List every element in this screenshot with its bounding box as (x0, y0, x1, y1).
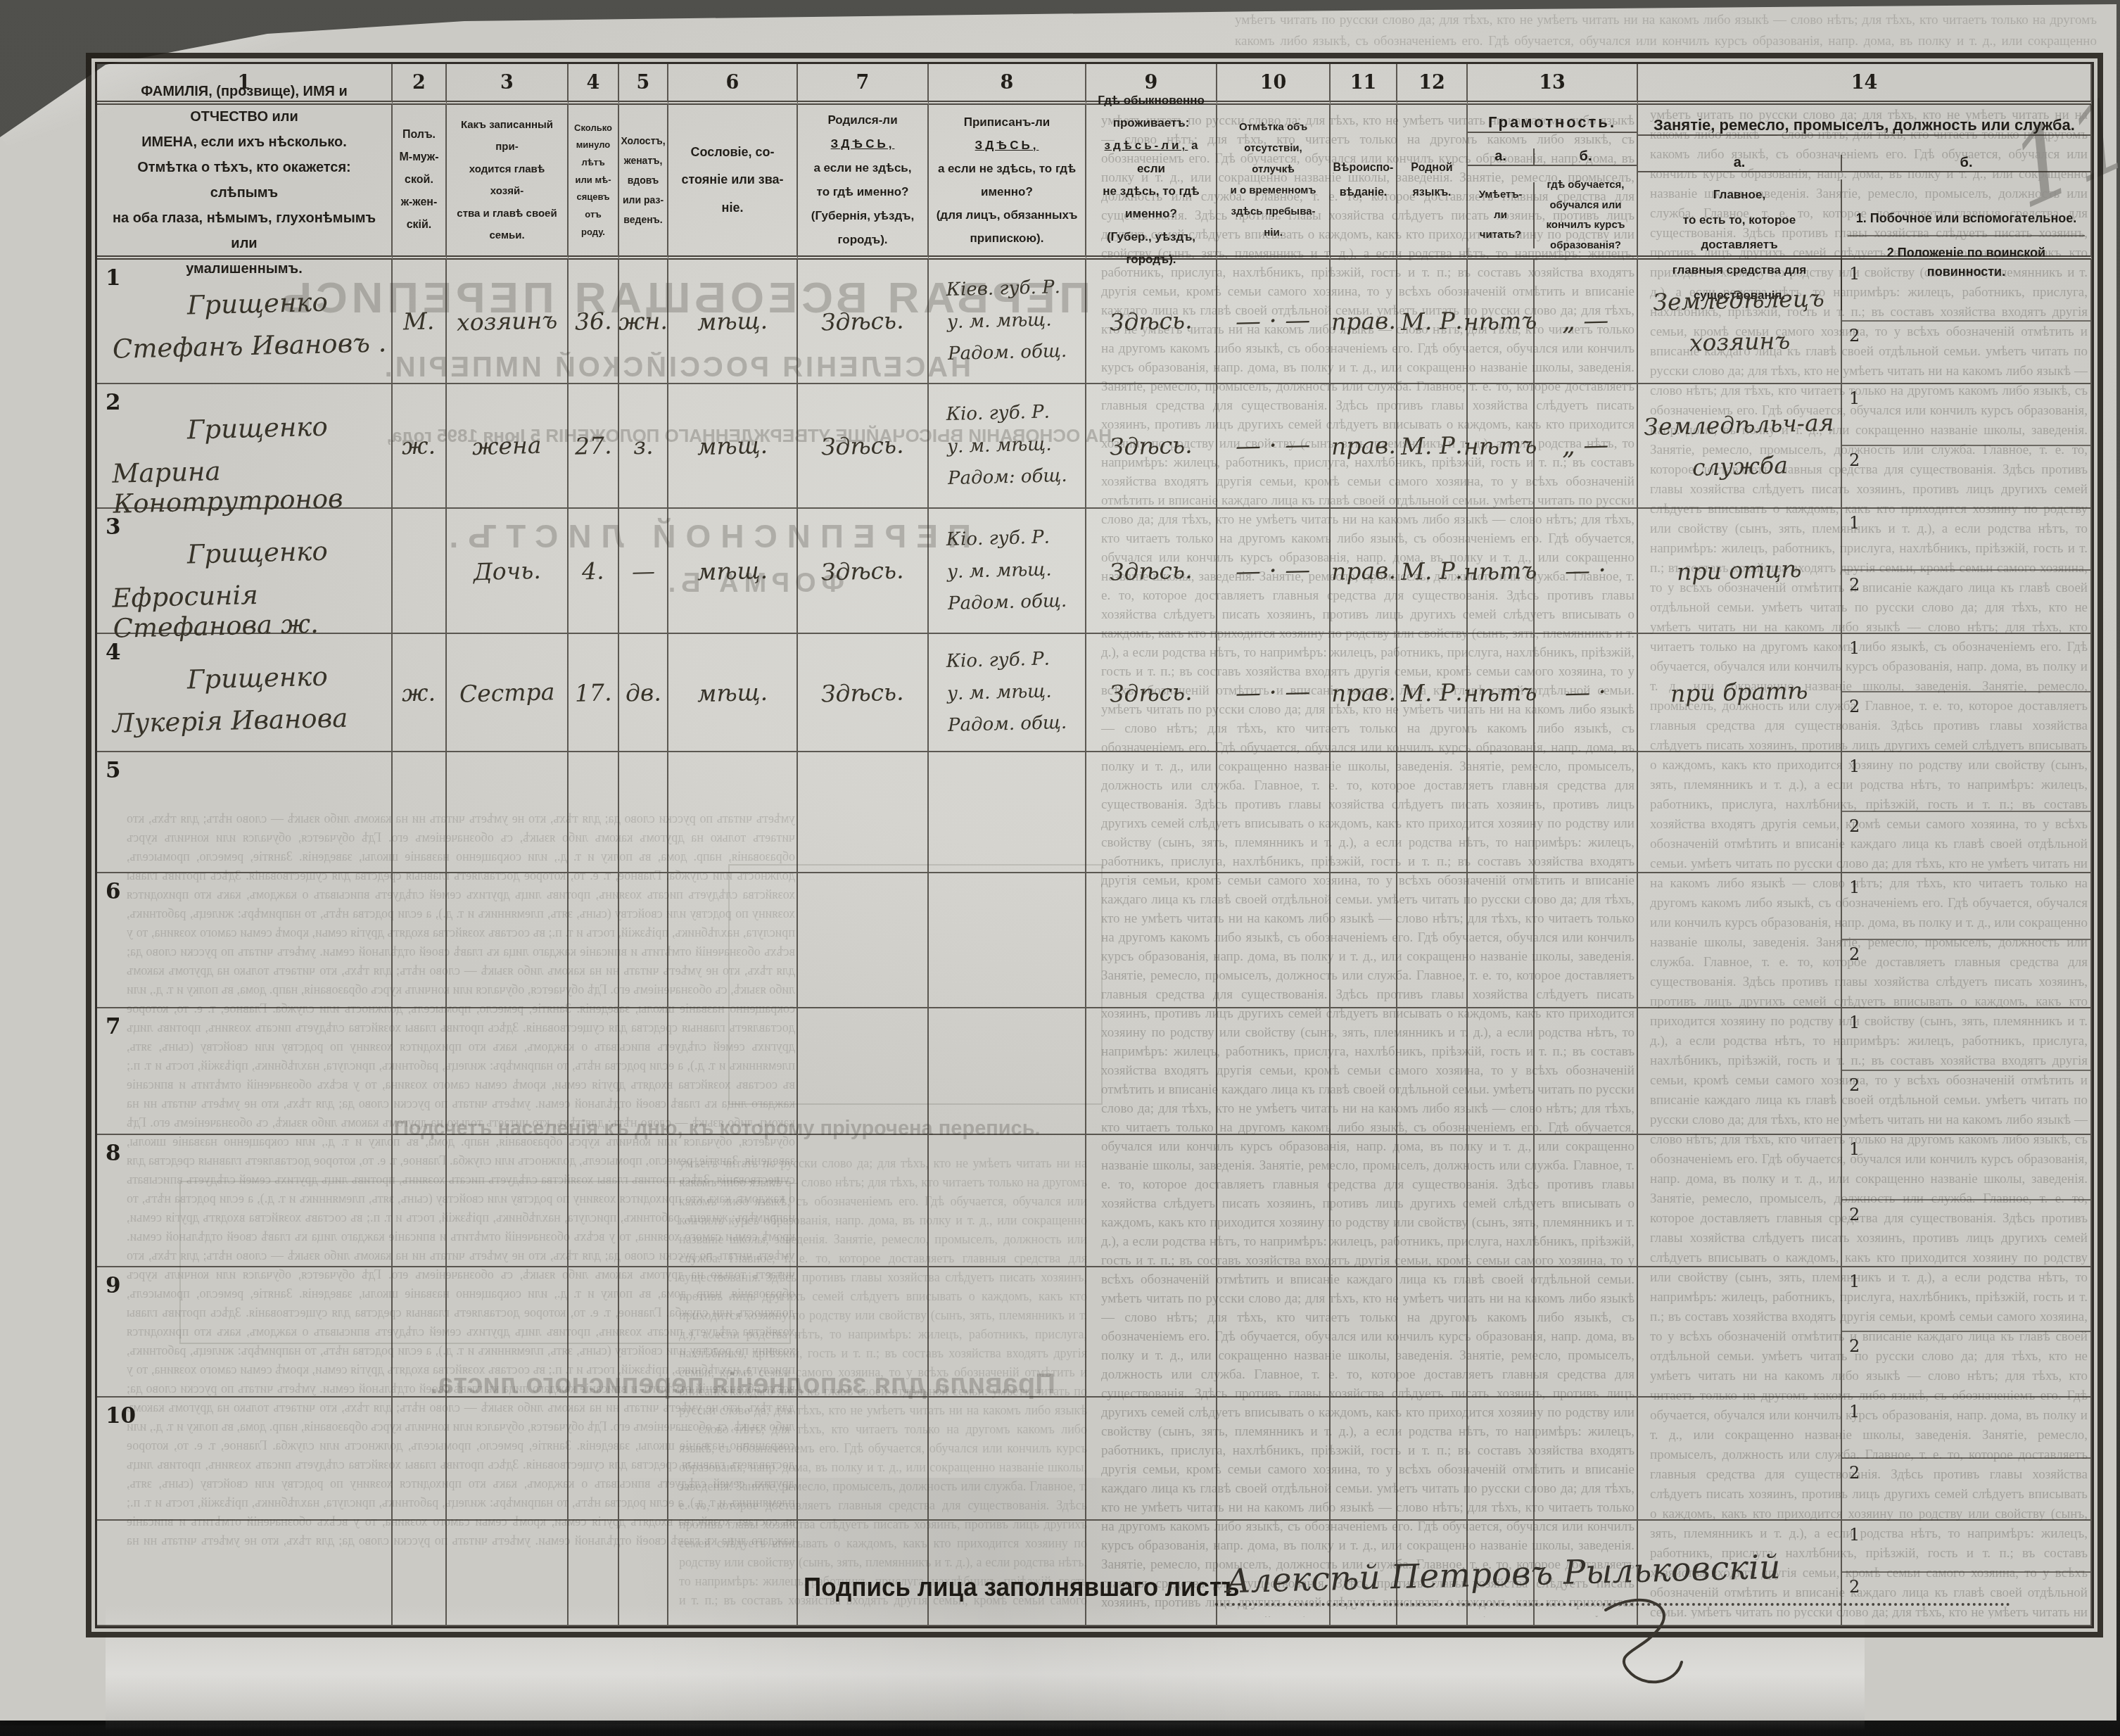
marital-cell: дв. (619, 634, 668, 752)
occupation-side-cell: 12 (1842, 1521, 2092, 1626)
literacy-education-cell (1535, 873, 1638, 1008)
literacy-education-cell: — · (1535, 634, 1638, 752)
estate-cell (668, 1135, 798, 1267)
religion-cell (1331, 1267, 1397, 1398)
absence-cell (1217, 1398, 1331, 1521)
age-cell (569, 873, 619, 1008)
subcell-number: 2 (1849, 1336, 1860, 1356)
estate-cell: мѣщ. (668, 384, 798, 509)
header-relation: Какъ записанный при- ходится главѣ хозяй… (447, 105, 569, 260)
literacy-read-cell: нѣтъ (1468, 260, 1535, 384)
subcell-number: 2 (1849, 816, 1860, 836)
registration-cell (929, 1398, 1086, 1521)
occupation-side-subcell: 2 (1842, 1332, 2090, 1397)
header-absence: Отмѣтка объ отсутствіи, отлучкѣ и о врем… (1217, 105, 1331, 260)
literacy-education-cell (1535, 1267, 1638, 1398)
column-number: 4 (569, 64, 619, 105)
language-cell: М. Р. (1397, 509, 1468, 634)
language-cell (1397, 1267, 1468, 1398)
estate-cell: мѣщ. (668, 260, 798, 384)
residence-cell: Здѣсь. (1086, 509, 1217, 634)
marital-cell (619, 752, 668, 873)
column-number: 6 (668, 64, 798, 105)
subcell-number: 1 (1849, 1402, 1860, 1421)
occupation-side-subcell: 1 (1842, 873, 2090, 940)
occupation-side-cell: 12 (1842, 873, 2092, 1008)
scanned-census-sheet: ПЕРВАЯ ВСЕОБЩАЯ ПЕРЕПИСЬ НАСЕЛЕНІЯ РОССІ… (0, 0, 2120, 1736)
registration-cell (929, 873, 1086, 1008)
row-name-cell: 10 (97, 1398, 393, 1521)
marital-cell (619, 1267, 668, 1398)
absence-cell (1217, 1008, 1331, 1135)
language-cell (1397, 1008, 1468, 1135)
age-cell (569, 1267, 619, 1398)
occupation-side-cell: 12 (1842, 1008, 2092, 1135)
occupation-side-cell: 12 (1842, 1267, 2092, 1398)
estate-cell (668, 1521, 798, 1626)
subcell-number: 2 (1849, 450, 1860, 470)
sex-cell (393, 1398, 447, 1521)
occupation-side-cell: 12 (1842, 384, 2092, 509)
occupation-side-subcell: 2 (1842, 1459, 2090, 1520)
literacy-read-cell: нѣтъ (1468, 384, 1535, 509)
subcell-number: 2 (1849, 1577, 1860, 1597)
literacy-read-cell (1468, 873, 1535, 1008)
row-number: 9 (106, 1273, 121, 1298)
residence-cell (1086, 752, 1217, 873)
header-occupation-b-label: б. (1842, 155, 2090, 172)
birthplace-cell (798, 752, 929, 873)
literacy-read-cell: нѣтъ (1468, 634, 1535, 752)
occupation-side-subcell: 2 (1842, 940, 2090, 1007)
row-number: 7 (106, 1014, 121, 1039)
signature-label: Подпись лица заполнявшаго листъ (804, 1563, 1240, 1603)
absence-cell: — · — (1217, 509, 1331, 634)
literacy-education-cell: — · (1535, 509, 1638, 634)
occupation-main-cell (1638, 1398, 1842, 1521)
language-cell: М. Р. (1397, 634, 1468, 752)
age-cell (569, 1135, 619, 1267)
relation-cell (447, 1267, 569, 1398)
subcell-number: 1 (1849, 756, 1860, 776)
relation-cell (447, 1521, 569, 1626)
residence-cell (1086, 1398, 1217, 1521)
occupation-side-subcell: 2 (1842, 322, 2090, 384)
column-number: 14 (1638, 64, 2092, 105)
marital-cell (619, 1008, 668, 1135)
literacy-read-cell (1468, 1398, 1535, 1521)
language-cell (1397, 873, 1468, 1008)
religion-cell (1331, 873, 1397, 1008)
literacy-education-cell (1535, 752, 1638, 873)
literacy-read-cell (1468, 1008, 1535, 1135)
header-occupation-secondary: 1. Побочное или вспомогательное. (1852, 202, 2081, 235)
estate-cell: мѣщ. (668, 634, 798, 752)
header-literacy-a-label: а. (1468, 148, 1535, 166)
marital-cell: — (619, 509, 668, 634)
registration-cell (929, 1135, 1086, 1267)
header-sex: Полъ. М-муж- ской. ж-жен- скій. (393, 105, 447, 260)
sex-cell (393, 1521, 447, 1626)
absence-cell: — · — (1217, 634, 1331, 752)
relation-cell: Сестра (447, 634, 569, 752)
absence-cell: — · — (1217, 384, 1331, 509)
header-occupation-a-label: а. (1638, 155, 1842, 172)
header-occupation: Занятіе, ремесло, промыселъ, должность и… (1638, 105, 2092, 260)
relation-cell: хозяинъ (447, 260, 569, 384)
relation-cell (447, 752, 569, 873)
subcell-number: 1 (1849, 877, 1860, 897)
religion-cell (1331, 1008, 1397, 1135)
subcell-number: 2 (1849, 326, 1860, 346)
subcell-number: 1 (1849, 1272, 1860, 1291)
birthplace-cell (798, 1267, 929, 1398)
relation-cell (447, 1135, 569, 1267)
row-name-cell: 5 (97, 752, 393, 873)
sex-cell (393, 509, 447, 634)
subcell-number: 2 (1849, 575, 1860, 595)
subcell-number: 1 (1849, 1525, 1860, 1545)
literacy-read-cell (1468, 1135, 1535, 1267)
row-number: 1 (106, 265, 121, 291)
sex-cell: М. (393, 260, 447, 384)
sex-cell (393, 1135, 447, 1267)
row-name-cell: 3ГрищенкоЕфросинія Стефанова ж. (97, 509, 393, 634)
subcell-number: 1 (1849, 264, 1860, 284)
occupation-main-cell: Земледѣлецъ хозяинъ (1638, 260, 1842, 384)
language-cell (1397, 752, 1468, 873)
estate-cell: мѣщ. (668, 509, 798, 634)
estate-cell (668, 873, 798, 1008)
sex-cell: ж. (393, 634, 447, 752)
marital-cell (619, 1398, 668, 1521)
age-cell (569, 752, 619, 873)
estate-cell (668, 1267, 798, 1398)
religion-cell (1331, 1398, 1397, 1521)
age-cell: 36. (569, 260, 619, 384)
language-cell (1397, 1135, 1468, 1267)
relation-cell: жена (447, 384, 569, 509)
occupation-side-cell: 12 (1842, 1135, 2092, 1267)
occupation-main-cell (1638, 873, 1842, 1008)
header-marital: Холостъ, женатъ, вдовъ или раз- веденъ. (619, 105, 668, 260)
header-occupation-title: Занятіе, ремесло, промыселъ, должность и… (1638, 116, 2090, 136)
column-number: 3 (447, 64, 569, 105)
birthplace-cell: Здѣсь. (798, 260, 929, 384)
residence-cell: Здѣсь. (1086, 384, 1217, 509)
row-name-cell: 8 (97, 1135, 393, 1267)
religion-cell: прав. (1331, 509, 1397, 634)
registration-cell (929, 1008, 1086, 1135)
birthplace-cell: Здѣсь. (798, 384, 929, 509)
language-cell: М. Р. (1397, 384, 1468, 509)
occupation-side-cell: 12 (1842, 752, 2092, 873)
occupation-main-cell (1638, 1135, 1842, 1267)
language-cell (1397, 1398, 1468, 1521)
birthplace-cell (798, 1135, 929, 1267)
sex-cell (393, 1267, 447, 1398)
header-literacy-b-label: б. (1535, 148, 1637, 166)
column-number: 13 (1468, 64, 1638, 105)
literacy-education-cell (1535, 1135, 1638, 1267)
marital-cell (619, 873, 668, 1008)
birthplace-cell (798, 1008, 929, 1135)
column-number: 11 (1331, 64, 1397, 105)
occupation-side-subcell: 1 (1842, 1135, 2090, 1200)
row-name-cell: 9 (97, 1267, 393, 1398)
occupation-side-subcell: 1 (1842, 752, 2090, 812)
registration-cell: Кіо. губ. Р. у. м. мѣщ. Радом: общ. (929, 384, 1086, 509)
literacy-education-cell (1535, 1008, 1638, 1135)
religion-cell: прав. (1331, 260, 1397, 384)
header-age: Сколько минуло лѣтъ или мѣ- сяцевъ отъ р… (569, 105, 619, 260)
occupation-main-cell: при отцѣ (1638, 509, 1842, 634)
occupation-side-cell: 12 (1842, 634, 2092, 752)
header-residence: Гдѣ обыкновенно проживаетъ: здѣсь-ли, а … (1086, 105, 1217, 260)
header-language: Родной языкъ. (1397, 105, 1468, 260)
age-cell (569, 1521, 619, 1626)
marital-cell: з. (619, 384, 668, 509)
registration-cell: Кіо. губ. Р. у. м. мѣщ. Радом. общ. (929, 634, 1086, 752)
column-number: 10 (1217, 64, 1331, 105)
birthplace-cell (798, 1398, 929, 1521)
literacy-read-cell: нѣтъ (1468, 509, 1535, 634)
occupation-side-subcell: 1 (1842, 384, 2090, 446)
age-cell: 27. (569, 384, 619, 509)
relation-cell (447, 1008, 569, 1135)
marital-cell (619, 1521, 668, 1626)
subcell-number: 1 (1849, 638, 1860, 658)
row-name-cell (97, 1521, 393, 1626)
row-name-cell: 2ГрищенкоМарина Конотрутронов (97, 384, 393, 509)
subcell-number: 1 (1849, 1013, 1860, 1032)
absence-cell (1217, 873, 1331, 1008)
estate-cell (668, 1398, 798, 1521)
absence-cell (1217, 752, 1331, 873)
registration-cell (929, 1267, 1086, 1398)
header-literacy: Грамотность. а. б. Умѣетъ- ли читать? гд… (1468, 105, 1638, 260)
subcell-number: 2 (1849, 1075, 1860, 1095)
header-registration: Приписанъ-ли ЗДѢСЬ,а если не здѣсь, то г… (929, 105, 1086, 260)
age-cell: 4. (569, 509, 619, 634)
column-number: 2 (393, 64, 447, 105)
occupation-main-cell (1638, 1008, 1842, 1135)
literacy-read-cell (1468, 752, 1535, 873)
language-cell: М. Р. (1397, 260, 1468, 384)
row-name-cell: 1ГрищенкоСтефанъ Ивановъ . (97, 260, 393, 384)
row-number: 4 (106, 640, 121, 665)
occupation-side-subcell: 2 (1842, 446, 2090, 508)
occupation-side-subcell: 1 (1842, 634, 2090, 692)
religion-cell: прав. (1331, 384, 1397, 509)
residence-cell (1086, 1135, 1217, 1267)
occupation-side-cell: 12 (1842, 509, 2092, 634)
column-number: 8 (929, 64, 1086, 105)
column-number: 5 (619, 64, 668, 105)
occupation-side-subcell: 1 (1842, 509, 2090, 571)
occupation-side-subcell: 2 (1842, 1071, 2090, 1134)
relation-cell (447, 873, 569, 1008)
residence-cell: Здѣсь. (1086, 260, 1217, 384)
age-cell (569, 1008, 619, 1135)
row-number: 8 (106, 1141, 121, 1166)
occupation-side-cell: 12 (1842, 260, 2092, 384)
signature-block: Подпись лица заполнявшаго листъ Алексѣй … (804, 1564, 1240, 1602)
header-literacy-education: гдѣ обучается, обучался или кончилъ курс… (1535, 172, 1637, 258)
literacy-education-cell: „ — (1535, 260, 1638, 384)
absence-cell: — · — (1217, 260, 1331, 384)
subcell-number: 2 (1849, 1205, 1860, 1224)
absence-cell (1217, 1267, 1331, 1398)
row-number: 10 (106, 1403, 136, 1428)
subcell-number: 2 (1849, 697, 1860, 716)
column-number: 7 (798, 64, 929, 105)
residence-cell (1086, 1008, 1217, 1135)
relation-cell (447, 1398, 569, 1521)
occupation-side-subcell: 1 (1842, 1008, 2090, 1071)
literacy-read-cell (1468, 1267, 1535, 1398)
header-religion: Вѣроиспо- вѣданіе. (1331, 105, 1397, 260)
occupation-main-cell: при братѣ (1638, 634, 1842, 752)
sex-cell (393, 1008, 447, 1135)
registration-cell (929, 752, 1086, 873)
header-birthplace: Родился-ли ЗДѢСЬ,а если не здѣсь, то гдѣ… (798, 105, 929, 260)
row-name-cell: 7 (97, 1008, 393, 1135)
occupation-side-subcell: 1 (1842, 260, 2090, 322)
occupation-side-subcell: 1 (1842, 1267, 2090, 1332)
absence-cell (1217, 1135, 1331, 1267)
row-name-cell: 6 (97, 873, 393, 1008)
subcell-number: 2 (1849, 944, 1860, 964)
literacy-education-cell: „ — (1535, 384, 1638, 509)
occupation-side-subcell: 2 (1842, 1200, 2090, 1266)
occupation-side-subcell: 2 (1842, 571, 2090, 633)
header-literacy-title: Грамотность. (1468, 113, 1637, 133)
religion-cell (1331, 1135, 1397, 1267)
occupation-side-subcell: 2 (1842, 1573, 2090, 1625)
occupation-side-subcell: 1 (1842, 1398, 2090, 1459)
header-estate: Сословіе, со- стояніе или зва- ніе. (668, 105, 798, 260)
occupation-side-cell: 12 (1842, 1398, 2092, 1521)
birthplace-cell (798, 873, 929, 1008)
estate-cell (668, 752, 798, 873)
sex-cell: ж. (393, 384, 447, 509)
subcell-number: 1 (1849, 1139, 1860, 1159)
age-cell: 17. (569, 634, 619, 752)
birthplace-cell: Здѣсь. (798, 634, 929, 752)
residence-cell: Здѣсь. (1086, 634, 1217, 752)
occupation-side-subcell: 1 (1842, 1521, 2090, 1573)
relation-cell: Дочь. (447, 509, 569, 634)
row-number: 3 (106, 514, 121, 540)
registration-cell: Кіо. губ. Р. у. м. мѣщ. Радом. общ. (929, 509, 1086, 634)
census-table: 1 2 3 4 5 6 7 8 9 10 11 12 13 14 ФАМИЛІЯ… (95, 62, 2094, 1628)
header-literacy-read: Умѣетъ- ли читать? (1468, 182, 1535, 248)
birthplace-cell: Здѣсь. (798, 509, 929, 634)
registration-cell: Кіев. губ. Р. у. м. мѣщ. Радом. общ. (929, 260, 1086, 384)
subcell-number: 2 (1849, 1463, 1860, 1483)
sex-cell (393, 873, 447, 1008)
subcell-number: 1 (1849, 513, 1860, 533)
signature-flourish (1592, 1597, 1697, 1710)
literacy-education-cell (1535, 1398, 1638, 1521)
age-cell (569, 1398, 619, 1521)
row-name-cell: 4ГрищенкоЛукерія Иванова (97, 634, 393, 752)
residence-cell (1086, 1267, 1217, 1398)
sex-cell (393, 752, 447, 873)
marital-cell: жн. (619, 260, 668, 384)
header-name: ФАМИЛІЯ, (прозвище), ИМЯ и ОТЧЕСТВО или … (97, 105, 393, 260)
column-number: 12 (1397, 64, 1468, 105)
subcell-number: 1 (1849, 388, 1860, 408)
occupation-side-subcell: 2 (1842, 692, 2090, 751)
occupation-main-cell (1638, 752, 1842, 873)
occupation-side-subcell: 2 (1842, 812, 2090, 872)
marital-cell (619, 1135, 668, 1267)
row-number: 2 (106, 390, 121, 415)
occupation-main-cell: Земледѣльч-ая служба (1638, 384, 1842, 509)
occupation-main-cell (1638, 1267, 1842, 1398)
row-number: 5 (106, 758, 121, 783)
residence-cell (1086, 873, 1217, 1008)
estate-cell (668, 1008, 798, 1135)
row-number: 6 (106, 879, 121, 904)
religion-cell: прав. (1331, 634, 1397, 752)
religion-cell (1331, 752, 1397, 873)
